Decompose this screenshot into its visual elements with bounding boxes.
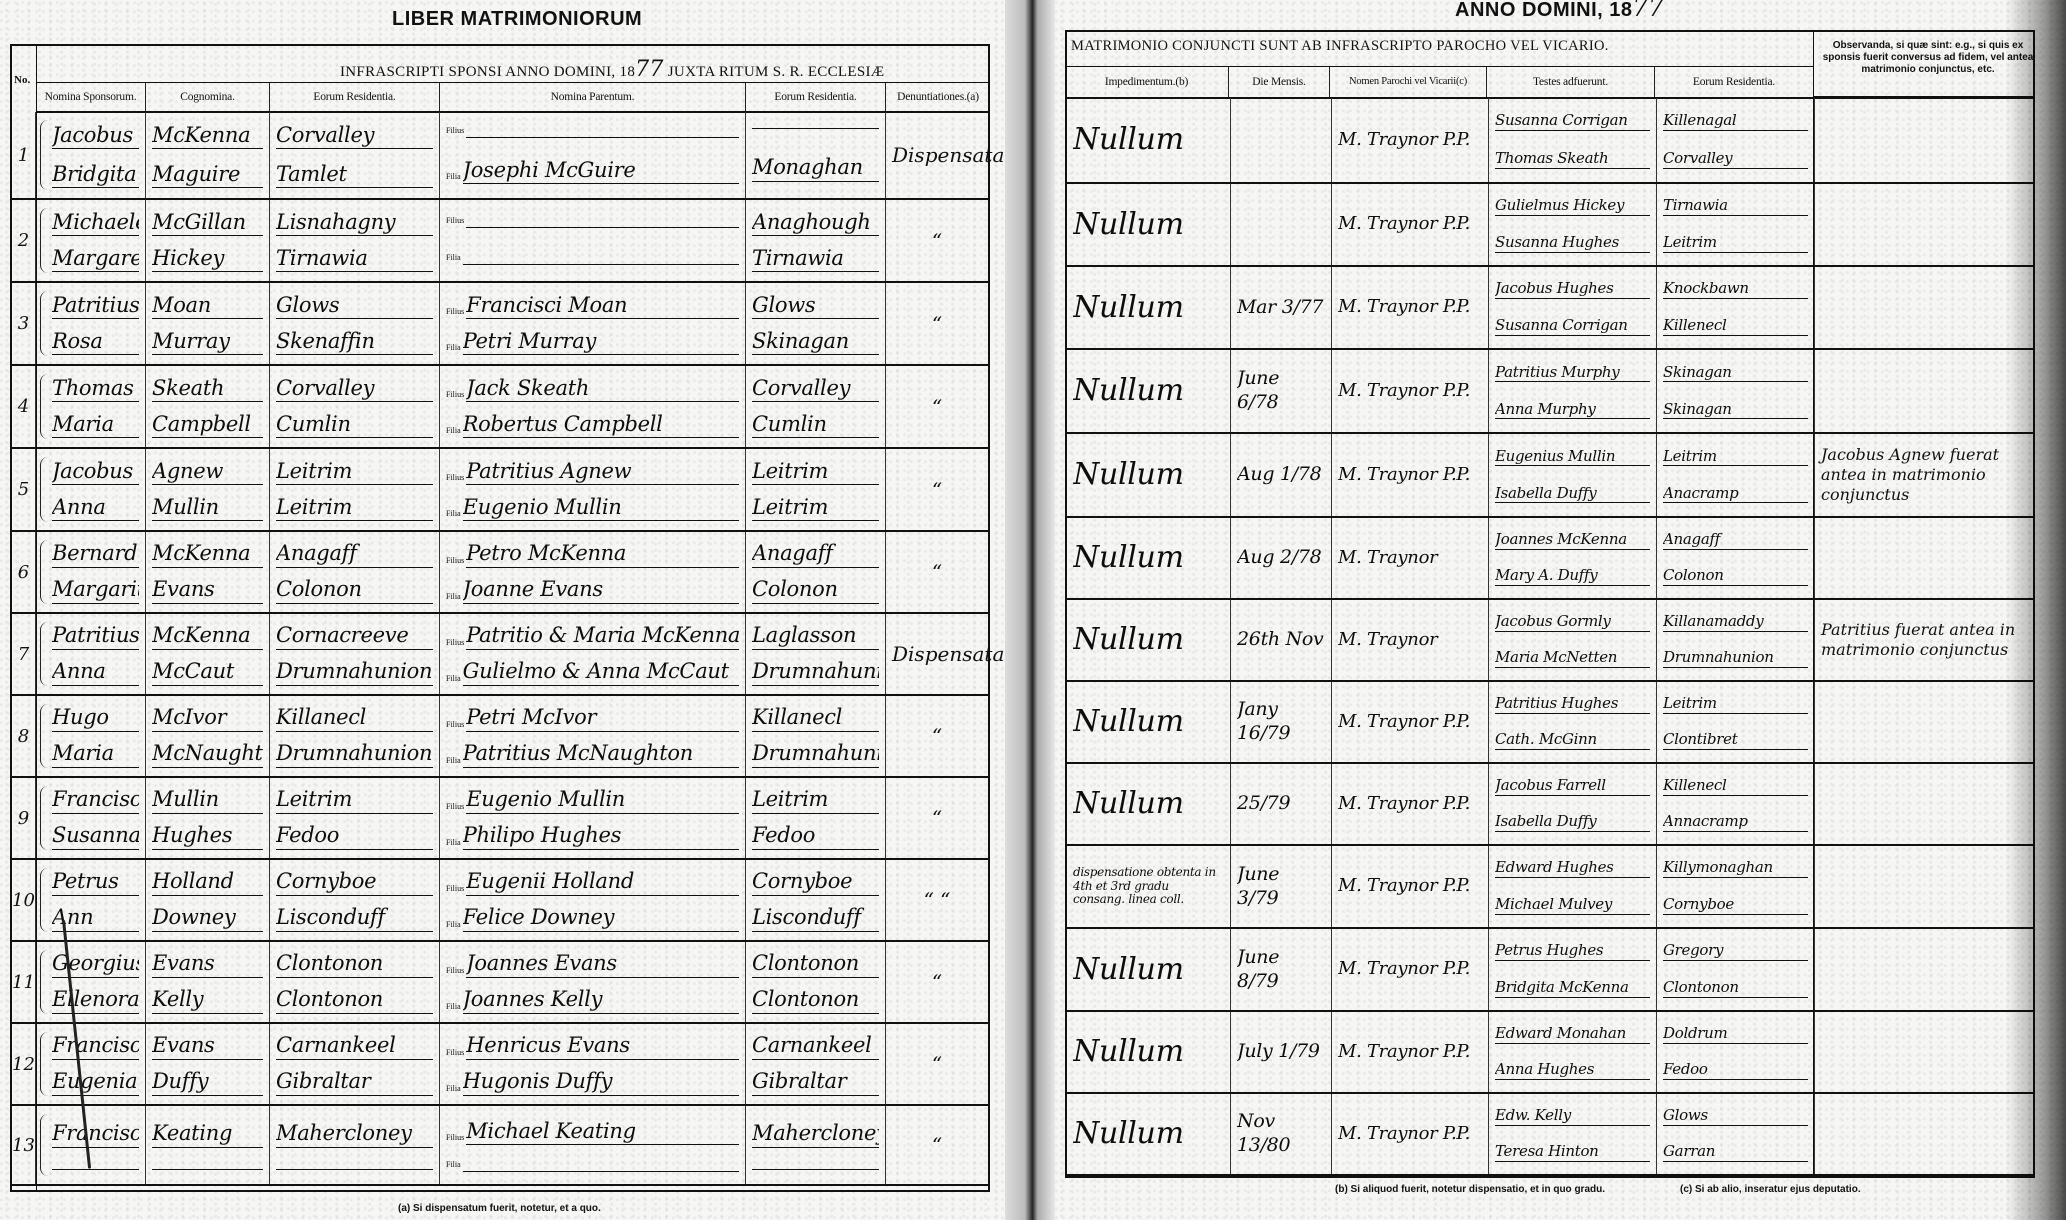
- witness-2-residence: Skinagan: [1663, 400, 1808, 420]
- bride-surname: Campbell: [152, 411, 263, 438]
- surnames-cell: HollandDowney: [146, 860, 270, 940]
- groom-father: Petro McKenna: [466, 540, 739, 567]
- bride-surname: Maguire: [152, 161, 263, 188]
- entry-number: 2: [12, 200, 36, 281]
- groom-residence: Glows: [276, 292, 433, 319]
- denuntiationes-value: “: [892, 970, 982, 994]
- entry-number: 3: [12, 283, 36, 364]
- groom-first-name: Michaele: [52, 209, 139, 236]
- denuntiationes-cell: Dispensata: [886, 614, 988, 694]
- priest-name: M. Traynor P.P.: [1338, 793, 1482, 816]
- groom-parent-residence: Anaghough: [752, 209, 879, 236]
- witness-2-residence: Drumnahunion: [1663, 648, 1808, 668]
- witnesses-cell: Jacobus FarrellIsabella Duffy: [1489, 764, 1657, 844]
- header-impedimentum: Impedimentum.(b): [1065, 67, 1229, 97]
- witness-1: Patritius Murphy: [1495, 363, 1650, 383]
- bride-residence: Colonon: [276, 576, 433, 603]
- witness-2: Susanna Corrigan: [1495, 316, 1650, 336]
- witness-2: Bridgita McKenna: [1495, 978, 1650, 998]
- witnesses-cell: Jacobus GormlyMaria McNetten: [1489, 600, 1657, 680]
- ceremony-entry-row: dispensatione obtenta in 4th et 3rd grad…: [1067, 846, 2033, 929]
- priest-cell: M. Traynor P.P.: [1332, 1012, 1489, 1092]
- priest-name: M. Traynor P.P.: [1338, 875, 1482, 898]
- page-edge-shadow: [2006, 0, 2066, 1220]
- groom-parent-residence: Glows: [752, 292, 879, 319]
- groom-parent-residence: Laglasson: [752, 622, 879, 649]
- witnesses-cell: Jacobus HughesSusanna Corrigan: [1489, 267, 1657, 348]
- bride-surname: Hickey: [152, 245, 263, 272]
- groom-father: Patritius Agnew: [466, 458, 739, 485]
- parents-cell: FiliusFiliaJosephi McGuire: [440, 112, 746, 198]
- bride-surname: Duffy: [152, 1068, 263, 1095]
- denuntiationes-cell: “: [886, 366, 988, 447]
- ceremony-entry-row: Nullum25/79M. Traynor P.P.Jacobus Farrel…: [1067, 764, 2033, 846]
- bride-parent-residence: Drumnahunion: [752, 740, 879, 767]
- sponsi-names-cell: HugoMaria: [36, 696, 146, 776]
- filius-label: Filius: [446, 1133, 464, 1145]
- witness-2: Susanna Hughes: [1495, 233, 1650, 253]
- witness-2-residence: Killenecl: [1663, 316, 1808, 336]
- groom-parent-residence: Mahercloney: [752, 1120, 879, 1147]
- bride-father: Hugonis Duffy: [463, 1068, 739, 1095]
- observanda-cell: [1815, 929, 2033, 1010]
- denuntiationes-value: Dispensata: [892, 143, 982, 167]
- impedimentum-value: Nullum: [1073, 539, 1224, 577]
- witness-2: Anna Hughes: [1495, 1060, 1650, 1080]
- impedimentum-cell: Nullum: [1067, 1094, 1231, 1174]
- bracket-mark: [40, 1032, 49, 1096]
- witness-2: Michael Mulvey: [1495, 895, 1650, 915]
- bride-first-name: Eugenia: [52, 1068, 139, 1095]
- witness-1: Joannes McKenna: [1495, 530, 1650, 550]
- bracket-mark: [40, 704, 49, 768]
- groom-first-name: Jacobus: [52, 122, 139, 149]
- groom-father: Patritio & Maria McKenna: [466, 622, 739, 649]
- groom-parent-residence: Leitrim: [752, 786, 879, 813]
- entry-number: 10: [12, 860, 36, 940]
- marriage-date: Jany 16/79: [1237, 698, 1325, 746]
- witness-2-residence: Colonon: [1663, 566, 1808, 586]
- parents-residence-cell: LeitrimLeitrim: [746, 449, 886, 530]
- priest-name: M. Traynor P.P.: [1338, 296, 1482, 319]
- sponsi-residence-cell: KillaneclDrumnahunion: [270, 696, 440, 776]
- witness-1: Edward Monahan: [1495, 1024, 1650, 1044]
- denuntiationes-value: “: [892, 229, 982, 253]
- impedimentum-cell: dispensatione obtenta in 4th et 3rd grad…: [1067, 846, 1231, 927]
- marriage-entry-row: 1JacobusBridgitaMcKennaMaguireCorvalleyT…: [12, 112, 988, 200]
- observanda-note: Jacobus Agnew fuerat antea in matrimonio…: [1821, 445, 2027, 505]
- bracket-mark: [40, 950, 49, 1014]
- groom-residence: Corvalley: [276, 122, 433, 149]
- witness-residence-cell: KilleneclAnnacramp: [1657, 764, 1815, 844]
- right-entries: NullumM. Traynor P.P.Susanna CorriganTho…: [1067, 98, 2033, 1176]
- sponsi-residence-cell: AnagaffColonon: [270, 532, 440, 612]
- witness-2: Isabella Duffy: [1495, 812, 1650, 832]
- witness-1: Edward Hughes: [1495, 858, 1650, 878]
- impedimentum-cell: Nullum: [1067, 350, 1231, 432]
- observanda-cell: [1815, 267, 2033, 348]
- denuntiationes-cell: Dispensata: [886, 112, 988, 198]
- witness-2-residence: Cornyboe: [1663, 895, 1808, 915]
- date-cell: July 1/79: [1231, 1012, 1332, 1092]
- denuntiationes-value: “: [892, 560, 982, 584]
- entry-number: 7: [12, 614, 36, 694]
- groom-surname: Mullin: [152, 786, 263, 813]
- priest-cell: M. Traynor P.P.: [1332, 929, 1489, 1010]
- witness-residence-cell: GregoryClontonon: [1657, 929, 1815, 1010]
- surnames-cell: SkeathCampbell: [146, 366, 270, 447]
- entry-number: 1: [12, 112, 36, 198]
- date-cell: Nov 13/80: [1231, 1094, 1332, 1174]
- bride-parent-residence: Leitrim: [752, 494, 879, 521]
- parents-residence-cell: Mahercloney: [746, 1106, 886, 1184]
- ceremony-entry-row: NullumJuly 1/79M. Traynor P.P.Edward Mon…: [1067, 1012, 2033, 1094]
- witness-residence-cell: KillanamaddyDrumnahunion: [1657, 600, 1815, 680]
- parents-cell: FiliusJoannes EvansFiliaJoannes Kelly: [440, 942, 746, 1022]
- bride-residence: Cumlin: [276, 411, 433, 438]
- marriage-date: June 8/79: [1237, 946, 1325, 994]
- marriage-entry-row: 9FranciscusSusannaMullinHughesLeitrimFed…: [12, 778, 988, 860]
- witness-2: Cath. McGinn: [1495, 730, 1650, 750]
- witness-residence-cell: LeitrimAnacramp: [1657, 434, 1815, 516]
- filia-label: Filia: [446, 172, 461, 184]
- impedimentum-cell: Nullum: [1067, 682, 1231, 762]
- parents-residence-cell: Monaghan: [746, 112, 886, 198]
- denuntiationes-value: “: [892, 1133, 982, 1157]
- witness-2-residence: Garran: [1663, 1142, 1808, 1162]
- groom-father: Eugenio Mullin: [466, 786, 739, 813]
- filia-label: Filia: [446, 343, 461, 355]
- date-cell: June 6/78: [1231, 350, 1332, 432]
- bride-surname: [152, 1169, 263, 1170]
- sponsi-names-cell: JacobusBridgita: [36, 112, 146, 198]
- bride-parent-residence: Gibraltar: [752, 1068, 879, 1095]
- sponsi-residence-cell: CarnankeelGibraltar: [270, 1024, 440, 1104]
- marriage-date: Nov 13/80: [1237, 1110, 1325, 1158]
- witness-1: Jacobus Gormly: [1495, 612, 1650, 632]
- date-cell: 26th Nov: [1231, 600, 1332, 680]
- bride-father: Gulielmo & Anna McCaut: [463, 658, 739, 685]
- header-cognomina: Cognomina.: [146, 83, 270, 111]
- entry-number: 8: [12, 696, 36, 776]
- impedimentum-cell: Nullum: [1067, 764, 1231, 844]
- parents-residence-cell: LaglassonDrumnahunion: [746, 614, 886, 694]
- witness-1-residence: Doldrum: [1663, 1024, 1808, 1044]
- witness-2-residence: Clontonon: [1663, 978, 1808, 998]
- footnote-b: (b) Si aliquod fuerit, notetur dispensat…: [1335, 1184, 1605, 1195]
- groom-parent-residence: [752, 128, 879, 129]
- witness-1-residence: Killenagal: [1663, 111, 1808, 131]
- priest-cell: M. Traynor P.P.: [1332, 267, 1489, 348]
- filia-label: Filia: [446, 1160, 461, 1172]
- witness-2: Isabella Duffy: [1495, 484, 1650, 504]
- observanda-cell: [1815, 98, 2033, 182]
- sponsi-residence-cell: Mahercloney: [270, 1106, 440, 1184]
- impedimentum-value: Nullum: [1073, 621, 1224, 659]
- entry-number: 13: [12, 1106, 36, 1184]
- witness-1-residence: Killenecl: [1663, 776, 1808, 796]
- ceremony-entry-row: NullumM. Traynor P.P.Gulielmus HickeySus…: [1067, 184, 2033, 267]
- bracket-mark: [40, 208, 49, 273]
- witness-1-residence: Killymonaghan: [1663, 858, 1808, 878]
- witnesses-cell: Susanna CorriganThomas Skeath: [1489, 98, 1657, 182]
- marriage-entry-row: 7PatritiusAnnaMcKennaMcCautCornacreeveDr…: [12, 614, 988, 696]
- filius-label: Filius: [446, 720, 464, 732]
- header-testes: Testes adfuerunt.: [1487, 67, 1655, 97]
- denuntiationes-value: “: [892, 478, 982, 502]
- groom-first-name: Franciscus: [52, 1032, 139, 1059]
- bride-residence: Clontonon: [276, 986, 433, 1013]
- entry-number: 11: [12, 942, 36, 1022]
- groom-residence: Anagaff: [276, 540, 433, 567]
- groom-surname: McKenna: [152, 122, 263, 149]
- groom-parent-residence: Killanecl: [752, 704, 879, 731]
- observanda-cell: [1815, 682, 2033, 762]
- witnesses-cell: Petrus HughesBridgita McKenna: [1489, 929, 1657, 1010]
- witnesses-cell: Edw. KellyTeresa Hinton: [1489, 1094, 1657, 1174]
- witness-2: Thomas Skeath: [1495, 149, 1650, 169]
- surnames-cell: EvansDuffy: [146, 1024, 270, 1104]
- parents-residence-cell: GlowsSkinagan: [746, 283, 886, 364]
- priest-cell: M. Traynor P.P.: [1332, 98, 1489, 182]
- date-cell: June 3/79: [1231, 846, 1332, 927]
- filia-label: Filia: [446, 426, 461, 438]
- witness-1: Patritius Hughes: [1495, 694, 1650, 714]
- bride-first-name: Anna: [52, 494, 139, 521]
- witness-1: Eugenius Mullin: [1495, 447, 1650, 467]
- bride-parent-residence: Clontonon: [752, 986, 879, 1013]
- filius-label: Filius: [446, 307, 464, 319]
- date-cell: Jany 16/79: [1231, 682, 1332, 762]
- impedimentum-value: Nullum: [1073, 289, 1224, 327]
- left-entries: 1JacobusBridgitaMcKennaMaguireCorvalleyT…: [12, 112, 988, 1186]
- surnames-cell: EvansKelly: [146, 942, 270, 1022]
- witness-2-residence: Clontibret: [1663, 730, 1808, 750]
- number-column-header: No.: [14, 74, 30, 86]
- filia-label: Filia: [446, 592, 461, 604]
- bride-father: Philipo Hughes: [463, 822, 739, 849]
- parents-residence-cell: CornyboeLisconduff: [746, 860, 886, 940]
- sponsi-names-cell: BernardusMargarita: [36, 532, 146, 612]
- impedimentum-value: Nullum: [1073, 1115, 1224, 1153]
- priest-cell: M. Traynor P.P.: [1332, 434, 1489, 516]
- bride-surname: Hughes: [152, 822, 263, 849]
- witness-residence-cell: KillenagalCorvalley: [1657, 98, 1815, 182]
- priest-cell: M. Traynor: [1332, 518, 1489, 598]
- parents-cell: FiliusMichael KeatingFilia: [440, 1106, 746, 1184]
- bride-residence: Drumnahunion: [276, 658, 433, 685]
- observanda-cell: [1815, 1012, 2033, 1092]
- entry-number: 12: [12, 1024, 36, 1104]
- marriage-date: June 3/79: [1237, 863, 1325, 911]
- date-cell: June 8/79: [1231, 929, 1332, 1010]
- witness-2: Teresa Hinton: [1495, 1142, 1650, 1162]
- groom-parent-residence: Carnankeel: [752, 1032, 879, 1059]
- witness-1-residence: Anagaff: [1663, 530, 1808, 550]
- bride-surname: Evans: [152, 576, 263, 603]
- observanda-cell: Patritius fuerat antea in matrimonio con…: [1815, 600, 2033, 680]
- groom-father: Henricus Evans: [466, 1032, 739, 1059]
- impedimentum-value: Nullum: [1073, 372, 1224, 410]
- bride-surname: Mullin: [152, 494, 263, 521]
- impedimentum-cell: Nullum: [1067, 1012, 1231, 1092]
- bride-first-name: Susanna: [52, 822, 139, 849]
- witness-2-residence: Corvalley: [1663, 149, 1808, 169]
- groom-father: Francisci Moan: [466, 292, 739, 319]
- priest-name: M. Traynor P.P.: [1338, 711, 1482, 734]
- filia-label: Filia: [446, 1084, 461, 1096]
- denuntiationes-value: “: [892, 806, 982, 830]
- filia-label: Filia: [446, 509, 461, 521]
- marriage-entry-row: 5JacobusAnnaAgnewMullinLeitrimLeitrimFil…: [12, 449, 988, 532]
- sponsi-residence-cell: ClontononClontonon: [270, 942, 440, 1022]
- bride-residence: Skenaffin: [276, 328, 433, 355]
- witnesses-cell: Patritius MurphyAnna Murphy: [1489, 350, 1657, 432]
- parents-residence-cell: CorvalleyCumlin: [746, 366, 886, 447]
- witness-1: Petrus Hughes: [1495, 941, 1650, 961]
- right-column-headers: Impedimentum.(b) Die Mensis. Nomen Paroc…: [1065, 66, 1813, 99]
- priest-cell: M. Traynor P.P.: [1332, 764, 1489, 844]
- observanda-cell: [1815, 350, 2033, 432]
- book-binding-gutter: [1005, 0, 1055, 1220]
- denuntiationes-cell: “: [886, 200, 988, 281]
- groom-residence: Mahercloney: [276, 1120, 433, 1147]
- denuntiationes-value: “: [892, 1052, 982, 1076]
- denuntiationes-cell: “: [886, 449, 988, 530]
- bracket-mark: [40, 120, 49, 190]
- groom-first-name: Hugo: [52, 704, 139, 731]
- groom-residence: Leitrim: [276, 458, 433, 485]
- bride-first-name: Bridgita: [52, 161, 139, 188]
- observanda-cell: [1815, 518, 2033, 598]
- marriage-entry-row: 10PetrusAnnHollandDowneyCornyboeLiscondu…: [12, 860, 988, 942]
- bride-father: Robertus Campbell: [463, 411, 739, 438]
- groom-father: Jack Skeath: [466, 375, 739, 402]
- impedimentum-cell: Nullum: [1067, 267, 1231, 348]
- date-cell: [1231, 98, 1332, 182]
- bracket-mark: [40, 786, 49, 850]
- filia-label: Filia: [446, 920, 461, 932]
- marriage-date: June 6/78: [1237, 367, 1325, 415]
- bracket-mark: [40, 291, 49, 356]
- impedimentum-cell: Nullum: [1067, 98, 1231, 182]
- parents-cell: FiliusPatritius AgnewFiliaEugenio Mullin: [440, 449, 746, 530]
- groom-surname: Evans: [152, 1032, 263, 1059]
- parents-cell: FiliusFrancisci MoanFiliaPetri Murray: [440, 283, 746, 364]
- witness-1-residence: Killanamaddy: [1663, 612, 1808, 632]
- groom-surname: Agnew: [152, 458, 263, 485]
- groom-residence: Leitrim: [276, 786, 433, 813]
- filia-label: Filia: [446, 756, 461, 768]
- witnesses-cell: Joannes McKennaMary A. Duffy: [1489, 518, 1657, 598]
- witness-2: Anna Murphy: [1495, 400, 1650, 420]
- filius-label: Filius: [446, 884, 464, 896]
- entry-number: 4: [12, 366, 36, 447]
- surnames-cell: McKennaEvans: [146, 532, 270, 612]
- parents-residence-cell: ClontononClontonon: [746, 942, 886, 1022]
- groom-father: [466, 137, 739, 138]
- denuntiationes-cell: “: [886, 283, 988, 364]
- bride-surname: Downey: [152, 904, 263, 931]
- sponsi-residence-cell: LisnahagnyTirnawia: [270, 200, 440, 281]
- groom-surname: McGillan: [152, 209, 263, 236]
- observanda-note: Patritius fuerat antea in matrimonio con…: [1821, 620, 2027, 660]
- sponsi-names-cell: Franciscus: [36, 1106, 146, 1184]
- bride-first-name: Margarita: [52, 576, 139, 603]
- denuntiationes-cell: “: [886, 696, 988, 776]
- witness-1-residence: Knockbawn: [1663, 279, 1808, 299]
- filius-label: Filius: [446, 966, 464, 978]
- groom-first-name: Franciscus: [52, 1120, 139, 1147]
- filius-label: Filius: [446, 473, 464, 485]
- filius-label: Filius: [446, 556, 464, 568]
- priest-name: M. Traynor P.P.: [1338, 213, 1482, 236]
- witness-2-residence: Fedoo: [1663, 1060, 1808, 1080]
- observanda-cell: [1815, 846, 2033, 927]
- marriage-entry-row: 13FranciscusKeatingMahercloneyFiliusMich…: [12, 1106, 988, 1186]
- bride-parent-residence: Lisconduff: [752, 904, 879, 931]
- sponsi-names-cell: ThomasMaria: [36, 366, 146, 447]
- priest-cell: M. Traynor P.P.: [1332, 1094, 1489, 1174]
- bride-father: [463, 1171, 739, 1172]
- priest-name: M. Traynor P.P.: [1338, 958, 1482, 981]
- witness-1-residence: Skinagan: [1663, 363, 1808, 383]
- filius-label: Filius: [446, 802, 464, 814]
- priest-name: M. Traynor P.P.: [1338, 1041, 1482, 1064]
- groom-parent-residence: Cornyboe: [752, 868, 879, 895]
- marriage-entry-row: 8HugoMariaMcIvorMcNaughtonKillaneclDrumn…: [12, 696, 988, 778]
- sponsi-residence-cell: CorvalleyTamlet: [270, 112, 440, 198]
- parents-residence-cell: KillaneclDrumnahunion: [746, 696, 886, 776]
- witness-2: Maria McNetten: [1495, 648, 1650, 668]
- marriage-entry-row: 2MichaeleMargaretMcGillanHickeyLisnahagn…: [12, 200, 988, 283]
- witnesses-cell: Gulielmus HickeySusanna Hughes: [1489, 184, 1657, 265]
- impedimentum-value: Nullum: [1073, 456, 1224, 494]
- bride-father: Joanne Evans: [463, 576, 739, 603]
- parents-cell: FiliusPetri McIvorFiliaPatritius McNaugh…: [440, 696, 746, 776]
- marriage-entry-row: 6BernardusMargaritaMcKennaEvansAnagaffCo…: [12, 532, 988, 614]
- bride-father: Felice Downey: [463, 904, 739, 931]
- sponsi-names-cell: PetrusAnn: [36, 860, 146, 940]
- bride-surname: McCaut: [152, 658, 263, 685]
- bracket-mark: [40, 1114, 49, 1176]
- groom-surname: McKenna: [152, 622, 263, 649]
- groom-parent-residence: Corvalley: [752, 375, 879, 402]
- bride-surname: Murray: [152, 328, 263, 355]
- footnote-c: (c) Si ab alio, inseratur ejus deputatio…: [1680, 1184, 1861, 1195]
- bride-parent-residence: Cumlin: [752, 411, 879, 438]
- witness-2-residence: Anacramp: [1663, 484, 1808, 504]
- filia-label: Filia: [446, 674, 461, 686]
- marriage-date: Aug 1/78: [1237, 463, 1325, 487]
- marriage-date: 25/79: [1237, 792, 1325, 816]
- bride-parent-residence: Skinagan: [752, 328, 879, 355]
- bracket-mark: [40, 868, 49, 932]
- marriage-date: Aug 2/78: [1237, 546, 1325, 570]
- bride-parent-residence: [752, 1169, 879, 1170]
- sponsi-residence-cell: CornacreeveDrumnahunion: [270, 614, 440, 694]
- witness-1: Edw. Kelly: [1495, 1106, 1650, 1126]
- marriage-date: 26th Nov: [1237, 628, 1325, 652]
- sponsi-names-cell: PatritiusAnna: [36, 614, 146, 694]
- bride-father: Eugenio Mullin: [463, 494, 739, 521]
- impedimentum-value: dispensatione obtenta in 4th et 3rd grad…: [1073, 866, 1224, 907]
- date-cell: Mar 3/77: [1231, 267, 1332, 348]
- sponsi-residence-cell: LeitrimFedoo: [270, 778, 440, 858]
- groom-residence: Cornacreeve: [276, 622, 433, 649]
- groom-surname: Moan: [152, 292, 263, 319]
- groom-parent-residence: Leitrim: [752, 458, 879, 485]
